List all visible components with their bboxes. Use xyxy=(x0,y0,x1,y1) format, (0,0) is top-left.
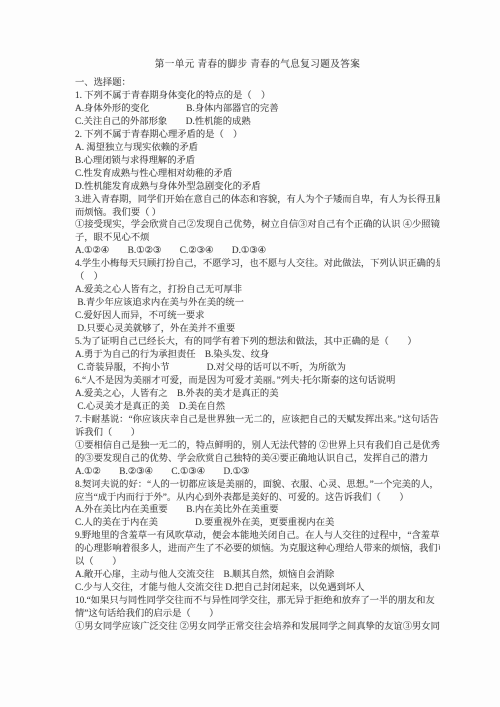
text-line: 8.契诃夫说的好：“人的一切都应该是美丽的，面貌、衣服、心灵、思想。”一个完美的… xyxy=(75,479,440,492)
text-line: A.①②④ B.①②③ C.②③④ D.①③④ xyxy=(75,245,440,258)
text-line: A.①② B.②③④ C.①③④ D.①③ xyxy=(75,466,440,479)
text-line: C.少与人交往，才能与他人交流交往 D.把自己封闭起来，以免遇到坏人 xyxy=(75,582,440,595)
question-block: 10.“如果只与同性同学交往而不与异性同学交往，那无异于拒绝和放弃了一半的朋友和… xyxy=(75,595,440,634)
text-line: C.人的美在于内在美 D.要重视外在美，更要重视内在美 xyxy=(75,517,440,530)
question-list: 1. 下列不属于青春期身体变化的特点的是（ ）A.身体外形的变化 B.身体内部器… xyxy=(75,90,440,634)
question-block: 7.卡耐基说：“你应该庆幸自己是世界独一无二的，应该把自己的天赋发挥出来。”这句… xyxy=(75,414,440,479)
text-line: B.心理闭锁与求得理解的矛盾 xyxy=(75,155,440,168)
text-line: 3.进入青春期，同学们开始在意自己的体态和容貌，有人为个子矮而自卑，有人为长得丑… xyxy=(75,194,440,207)
text-line: 2. 下列不属于青春期心理矛盾的是（ ） xyxy=(75,129,440,142)
text-line: 的心理影响着很多人，进而产生了不必要的烦恼。为克服这种心理给人带来的烦恼，我们可 xyxy=(75,543,440,556)
text-line: C.心灵美才是真正的美 D.美在自然 xyxy=(75,401,440,414)
question-block: 9.野地里的含羞草一有风吹草动，便会本能地关闭自己。在人与人交往的过程中，“含羞… xyxy=(75,530,440,595)
text-line: 7.卡耐基说：“你应该庆幸自己是世界独一无二的，应该把自己的天赋发挥出来。”这句… xyxy=(75,414,440,427)
text-line: 5.为了证明自己已经长大，有的同学有着下列的想法和做法，其中正确的是（ ） xyxy=(75,336,440,349)
text-line: D.只要心灵美就够了，外在美并不重要 xyxy=(75,323,440,336)
text-line: 1. 下列不属于青春期身体变化的特点的是（ ） xyxy=(75,90,440,103)
text-line: A.身体外形的变化 B.身体内部器官的完善 xyxy=(75,103,440,116)
section-heading: 一、选择题： xyxy=(75,77,440,90)
question-block: 5.为了证明自己已经长大，有的同学有着下列的想法和做法，其中正确的是（ ）A.勇… xyxy=(75,336,440,375)
page-title: 第一单元 青春的脚步 青春的气息复习题及答案 xyxy=(75,58,440,71)
question-block: 1. 下列不属于青春期身体变化的特点的是（ ）A.身体外形的变化 B.身体内部器… xyxy=(75,90,440,129)
text-line: 6.“人不是因为美丽才可爱，而是因为可爱才美丽。”列夫·托尔斯泰的这句话说明 xyxy=(75,375,440,388)
text-line: A. 渴望独立与现实依赖的矛盾 xyxy=(75,142,440,155)
text-line: 子，眼不见心不烦 xyxy=(75,232,440,245)
text-line: ①男女同学应该广泛交往 ②男女同学正常交往会培养和发展同学之间真挚的友谊③男女同 xyxy=(75,621,440,634)
text-line: A.敞开心扉，主动与他人交流交往 B.顺其自然，烦恼自会消除 xyxy=(75,569,440,582)
text-line: （ ） xyxy=(75,271,440,284)
text-line: A.外在美比内在美重要 B.内在美比外在美重要 xyxy=(75,504,440,517)
question-block: 6.“人不是因为美丽才可爱，而是因为可爱才美丽。”列夫·托尔斯泰的这句话说明A.… xyxy=(75,375,440,414)
text-line: 10.“如果只与同性同学交往而不与异性同学交往，那无异于拒绝和放弃了一半的朋友和… xyxy=(75,595,440,608)
text-line: A.爱美之心人皆有之，打扮自己无可厚非 xyxy=(75,284,440,297)
text-line: 9.野地里的含羞草一有风吹草动，便会本能地关闭自己。在人与人交往的过程中，“含羞… xyxy=(75,530,440,543)
text-line: ①接受现实，学会欣赏自己②发现自己优势，树立自信③对自己有个正确的认识 ④少照镜 xyxy=(75,219,440,232)
text-line: A.爱美之心，人皆有之 B.外表的美才是真正的美 xyxy=(75,388,440,401)
text-line: ①要相信自己是独一无二的，特点鲜明的，别人无法代替的 ②世界上只有我们自己是优秀 xyxy=(75,440,440,453)
question-block: 3.进入青春期，同学们开始在意自己的体态和容貌，有人为个子矮而自卑，有人为长得丑… xyxy=(75,194,440,259)
text-line: 的③要发现自己的优势、学会欣赏自己独特的美④要正确地认识自己，发挥自己的潜力 xyxy=(75,453,440,466)
text-line: 4.学生小梅每天只顾打扮自己，不愿学习，也不愿与人交往。对此做法，下列认识正确的… xyxy=(75,258,440,271)
text-line: 诉我们（ ） xyxy=(75,427,440,440)
text-line: C.奇装异服，不拘小节 D.对父母的话可以不听，为所欲为 xyxy=(75,362,440,375)
text-line: 情”这句话给我们的启示是（ ） xyxy=(75,608,440,621)
text-line: D.性机能发育成熟与身体外型急剧变化的矛盾 xyxy=(75,181,440,194)
text-line: 而烦恼。我们要（ ） xyxy=(75,207,440,220)
text-line: C.性发育成熟与性心理相对幼稚的矛盾 xyxy=(75,168,440,181)
text-line: C.关注自己的外部形象 D.性机能的成熟 xyxy=(75,116,440,129)
question-block: 4.学生小梅每天只顾打扮自己，不愿学习，也不愿与人交往。对此做法，下列认识正确的… xyxy=(75,258,440,336)
text-line: C.爱好因人而异，不可统一要求 xyxy=(75,310,440,323)
question-block: 2. 下列不属于青春期心理矛盾的是（ ）A. 渴望独立与现实依赖的矛盾B.心理闭… xyxy=(75,129,440,194)
document-page: 第一单元 青春的脚步 青春的气息复习题及答案 一、选择题： 1. 下列不属于青春… xyxy=(0,0,500,707)
text-line: 以（ ） xyxy=(75,556,440,569)
question-block: 8.契诃夫说的好：“人的一切都应该是美丽的，面貌、衣服、心灵、思想。”一个完美的… xyxy=(75,479,440,531)
text-line: 应当“成于内而行于外”。从内心到外表都是美好的、可爱的。这告诉我们（ ） xyxy=(75,492,440,505)
text-line: A.勇于为自己的行为承担责任 B.染头发、纹身 xyxy=(75,349,440,362)
text-line: B.青少年应该追求内在美与外在美的统一 xyxy=(75,297,440,310)
